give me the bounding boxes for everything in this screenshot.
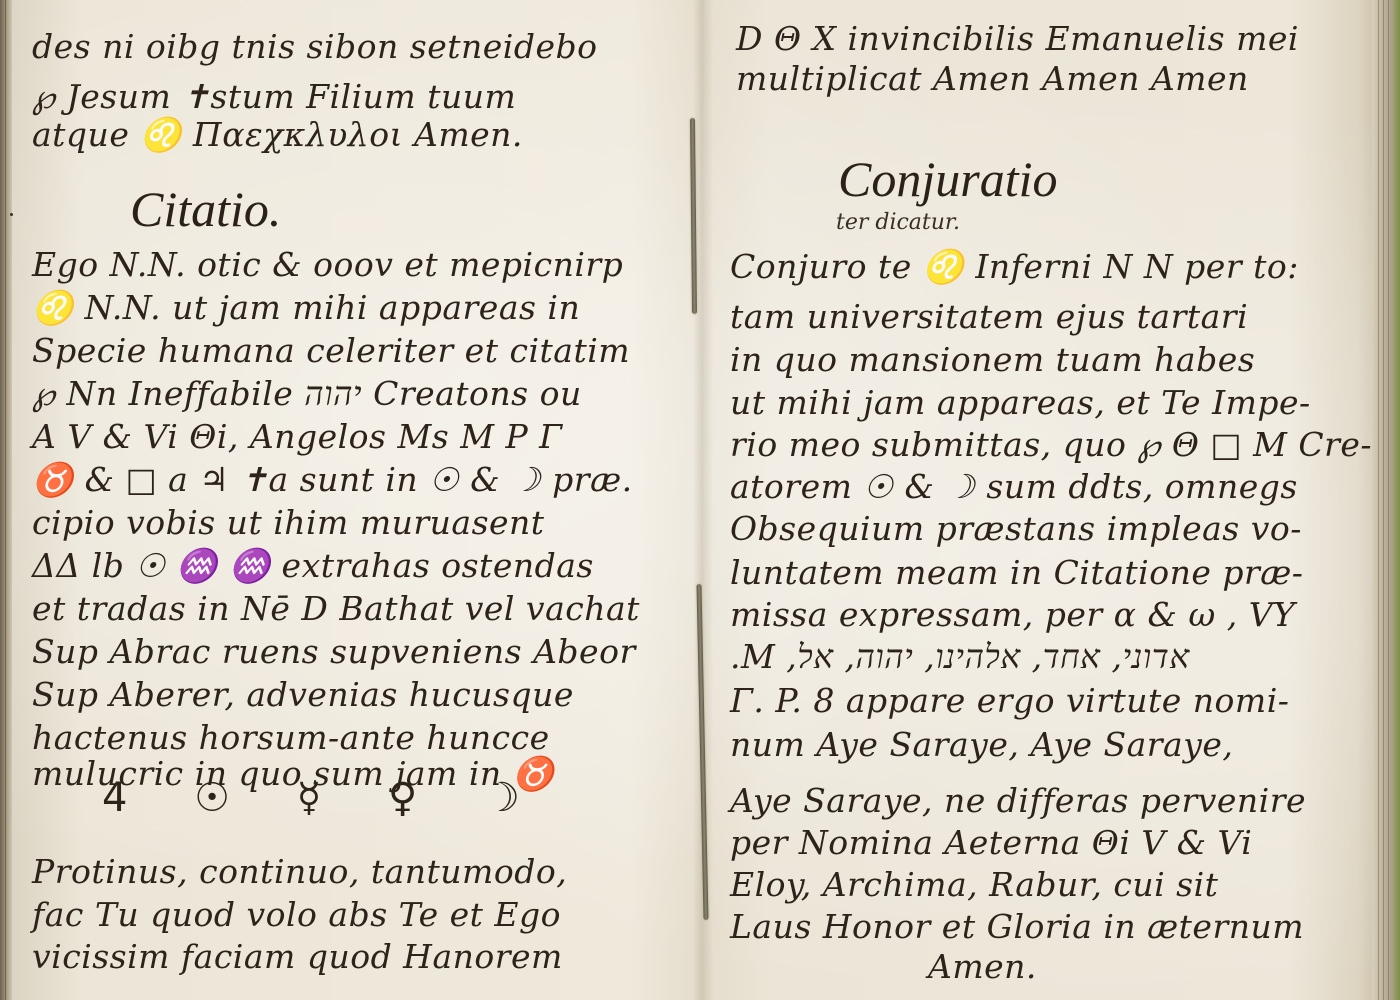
continuation-line: D Θ X invincibilis Emanuelis mei bbox=[736, 22, 1299, 55]
body-line: tam universitatem ejus tartari bbox=[730, 300, 1248, 333]
body-line: luntatem meam in Citatione præ- bbox=[730, 556, 1303, 589]
section-heading-citatio: Citatio. bbox=[130, 180, 281, 238]
body-line: ♉ & □ a ♃ ✝a sunt in ☉ & ☽ præ. bbox=[32, 463, 633, 496]
body-line: Ego N.N. otic & ooov et mepicnirp bbox=[32, 248, 623, 281]
left-binding-edge bbox=[0, 0, 12, 1000]
body-line: A V & Vi Θi, Angelos Ms M P Γ bbox=[32, 420, 563, 453]
jupiter-symbol-icon: 4 bbox=[102, 775, 127, 821]
body-line: rio meo submittas, quo ℘ Θ □ M Cre- bbox=[730, 428, 1372, 461]
body-line: Sup Abrac ruens supveniens Abeor bbox=[32, 635, 636, 668]
body-line: Γ. P. 8 appare ergo virtute nomi- bbox=[730, 684, 1289, 717]
body-line: et tradas in Nē D Bathat vel vachat bbox=[32, 592, 640, 625]
continuation-line: atque ♌ Παεχκλυλoι Amen. bbox=[32, 118, 523, 151]
body-line: in quo mansionem tuam habes bbox=[730, 343, 1255, 376]
body-line: Conjuro te ♌ Inferni N N per to: bbox=[730, 250, 1299, 283]
page-edge-line bbox=[1388, 0, 1389, 1000]
hebrew-divine-names-line: אדוני, אחד, אלהינו, יהוה, אל, M. bbox=[730, 640, 1190, 673]
venus-symbol-icon: ♀ bbox=[388, 775, 417, 821]
closing-line: Protinus, continuo, tantumodo, bbox=[32, 855, 567, 888]
mercury-symbol-icon: ☿ bbox=[297, 775, 322, 821]
body-line: per Nomina Aeterna Θi V & Vi bbox=[730, 826, 1252, 859]
closing-line: vicissim faciam quod Hanorem bbox=[32, 940, 563, 973]
body-line: Specie humana celeriter et citatim bbox=[32, 334, 630, 367]
body-line: ℘ Nn Ineffabile יהוה Creatons ou bbox=[32, 377, 582, 410]
manuscript-spread: des ni oibg tnis sibon setneidebo ℘ Jesu… bbox=[0, 0, 1400, 1000]
body-line: num Aye Saraye, Aye Saraye, bbox=[730, 728, 1233, 761]
sun-symbol-icon: ☉ bbox=[194, 775, 230, 821]
section-heading-conjuratio: Conjuratio bbox=[838, 150, 1057, 208]
page-edge-line bbox=[1378, 0, 1379, 1000]
body-line: hactenus horsum-ante huncce bbox=[32, 721, 550, 754]
left-page: des ni oibg tnis sibon setneidebo ℘ Jesu… bbox=[30, 0, 690, 1000]
body-line: Aye Saraye, ne differas pervenire bbox=[730, 784, 1306, 817]
body-line: Eloy, Archima, Rabur, cui sit bbox=[730, 868, 1218, 901]
moon-symbol-icon: ☽ bbox=[484, 775, 520, 821]
continuation-line: multiplicat Amen Amen Amen bbox=[736, 62, 1249, 95]
margin-mark bbox=[10, 213, 13, 216]
closing-line: fac Tu quod volo abs Te et Ego bbox=[32, 898, 561, 931]
planet-symbols-row: 4 ☉ ☿ ♀ ☽ bbox=[102, 775, 574, 821]
body-line: atorem ☉ & ☽ sum ddts, omnegs bbox=[730, 470, 1298, 503]
continuation-line: ℘ Jesum ✝stum Filium tuum bbox=[32, 80, 516, 113]
continuation-line: des ni oibg tnis sibon setneidebo bbox=[32, 30, 597, 63]
left-page-edge-line bbox=[5, 0, 6, 1000]
final-amen: Amen. bbox=[928, 950, 1037, 983]
body-line: ♌ N.N. ut jam mihi appareas in bbox=[32, 291, 580, 324]
body-line: cipio vobis ut ihim muruasent bbox=[32, 506, 545, 539]
page-edge-line bbox=[1383, 0, 1384, 1000]
body-line: ΔΔ lb ☉ ♒ ♒ extrahas ostendas bbox=[32, 549, 594, 582]
right-page: D Θ X invincibilis Emanuelis mei multipl… bbox=[728, 0, 1378, 1000]
body-line: Laus Honor et Gloria in æternum bbox=[730, 910, 1304, 943]
body-line: missa expressam, per α & ω , VY bbox=[730, 598, 1295, 631]
section-subheading: ter dicatur. bbox=[836, 210, 960, 235]
body-line: Sup Aberer, advenias hucusque bbox=[32, 678, 574, 711]
body-line: Obsequium præstans impleas vo- bbox=[730, 512, 1302, 545]
body-line: ut mihi jam appareas, et Te Impe- bbox=[730, 386, 1311, 419]
